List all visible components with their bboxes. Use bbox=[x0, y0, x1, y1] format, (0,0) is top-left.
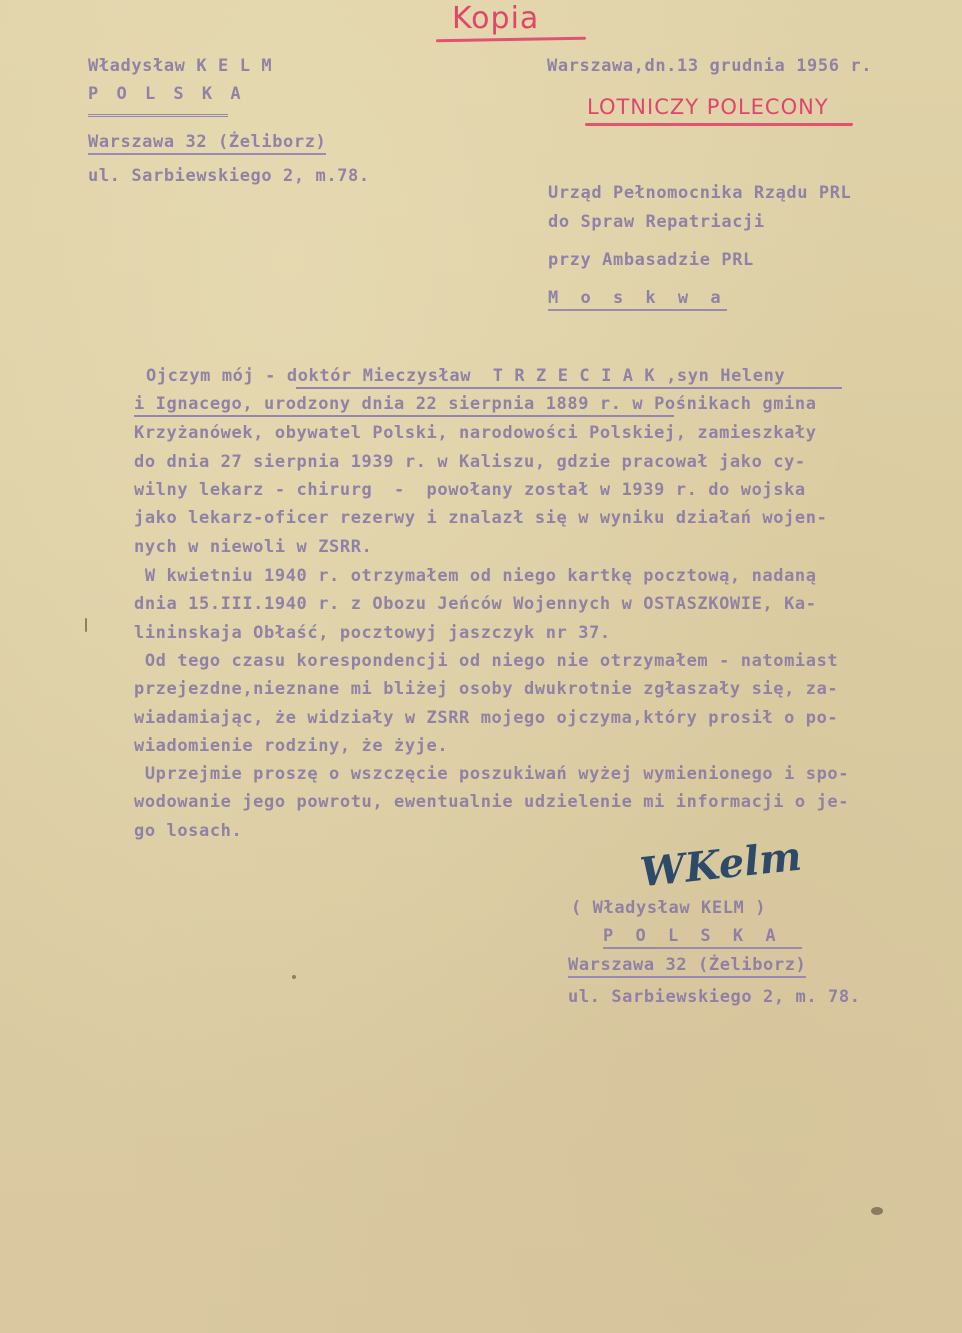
body-line: przejezdne,nieznane mi bliżej osoby dwuk… bbox=[134, 681, 838, 698]
sender-country: P O L S K A bbox=[88, 86, 245, 103]
recipient-line-2: do Spraw Repatriacji bbox=[548, 214, 765, 231]
body-line: wodowanie jego powrotu, ewentualnie udzi… bbox=[134, 794, 849, 811]
closing-city: Warszawa 32 (Żeliborz) bbox=[568, 957, 806, 978]
closing-name: ( Władysław KELM ) bbox=[571, 900, 766, 917]
body-line: Od tego czasu korespondencji od niego ni… bbox=[134, 653, 838, 670]
body-underline-2 bbox=[134, 415, 674, 417]
body-line: lininskaja Obłaść, pocztowyj jaszczyk nr… bbox=[134, 625, 611, 642]
body-line: jako lekarz-oficer rezerwy i znalazł się… bbox=[134, 510, 827, 527]
closing-street: ul. Sarbiewskiego 2, m. 78. bbox=[568, 989, 861, 1006]
body-line: wilny lekarz - chirurg - powołany został… bbox=[134, 482, 806, 499]
sender-city: Warszawa 32 (Żeliborz) bbox=[88, 134, 326, 155]
body-line: dnia 15.III.1940 r. z Obozu Jeńców Wojen… bbox=[134, 596, 817, 613]
body-line: nych w niewoli w ZSRR. bbox=[134, 539, 372, 556]
paper-speck bbox=[85, 618, 87, 632]
body-line: wiadomienie rodziny, że żyje. bbox=[134, 738, 448, 755]
copy-stamp: Kopia bbox=[452, 4, 539, 34]
body-line: Uprzejmie proszę o wszczęcie poszukiwań … bbox=[134, 766, 849, 783]
delivery-stamp: LOTNICZY POLECONY bbox=[587, 97, 829, 118]
recipient-line-1: Urząd Pełnomocnika Rządu PRL bbox=[548, 185, 851, 202]
delivery-stamp-underline bbox=[585, 123, 853, 126]
body-underline-1 bbox=[296, 387, 842, 389]
body-line: Krzyżanówek, obywatel Polski, narodowośc… bbox=[134, 425, 817, 442]
sender-name: Władysław K E L M bbox=[88, 58, 272, 75]
sender-separator bbox=[88, 114, 228, 117]
paper-speck bbox=[871, 1207, 883, 1215]
sender-street: ul. Sarbiewskiego 2, m.78. bbox=[88, 168, 370, 185]
body-line: W kwietniu 1940 r. otrzymałem od niego k… bbox=[134, 568, 817, 585]
recipient-city: M o s k w a bbox=[548, 290, 727, 311]
recipient-line-3: przy Ambasadzie PRL bbox=[548, 252, 754, 269]
body-line: wiadamiając, że widziały w ZSRR mojego o… bbox=[134, 710, 838, 727]
closing-country: P O L S K A bbox=[603, 928, 802, 949]
letter-date: Warszawa,dn.13 grudnia 1956 r. bbox=[547, 58, 872, 75]
body-line: go losach. bbox=[134, 823, 242, 840]
paper-speck bbox=[292, 975, 296, 979]
body-line: Ojczym mój - doktór Mieczysław T R Z E C… bbox=[146, 368, 785, 385]
body-line: i Ignacego, urodzony dnia 22 sierpnia 18… bbox=[134, 396, 817, 413]
body-line: do dnia 27 sierpnia 1939 r. w Kaliszu, g… bbox=[134, 454, 806, 471]
